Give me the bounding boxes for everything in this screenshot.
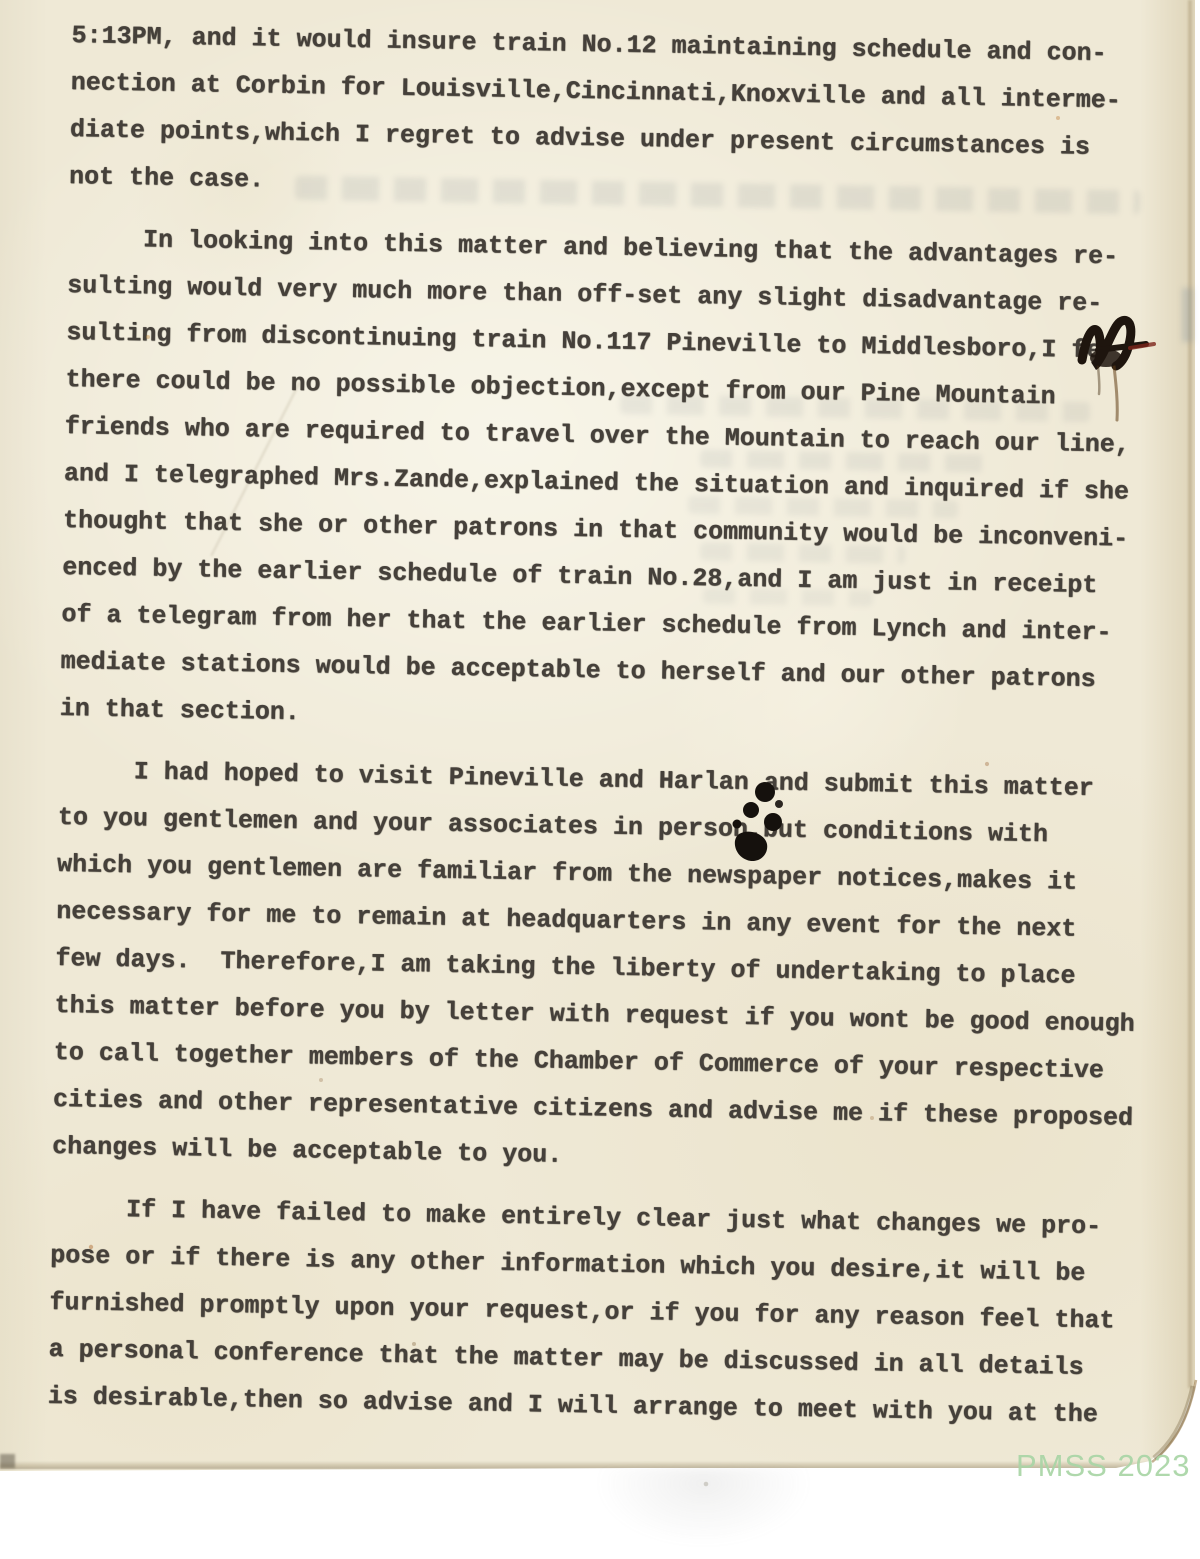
paper-specks	[0, 0, 2, 2]
paragraph: If I have failed to make entirely clear …	[47, 1185, 1136, 1439]
ink-blot	[713, 772, 808, 872]
paragraph: 5:13PM, and it would insure train No.12 …	[69, 12, 1157, 219]
letter-body: 5:13PM, and it would insure train No.12 …	[47, 12, 1157, 1454]
paragraph: I had hoped to visit Pineville and Harla…	[52, 747, 1144, 1189]
watermark: PMSS 2023	[1016, 1448, 1190, 1484]
paper-edge-mark	[0, 1454, 15, 1468]
paragraph: In looking into this matter and believin…	[59, 215, 1153, 751]
paper-right-edge-shadow	[1188, 0, 1192, 1388]
scanner-streak	[596, 1468, 811, 1546]
handwritten-ink-correction	[1068, 298, 1200, 448]
paper-bottom-edge-shadow	[0, 1461, 1158, 1469]
